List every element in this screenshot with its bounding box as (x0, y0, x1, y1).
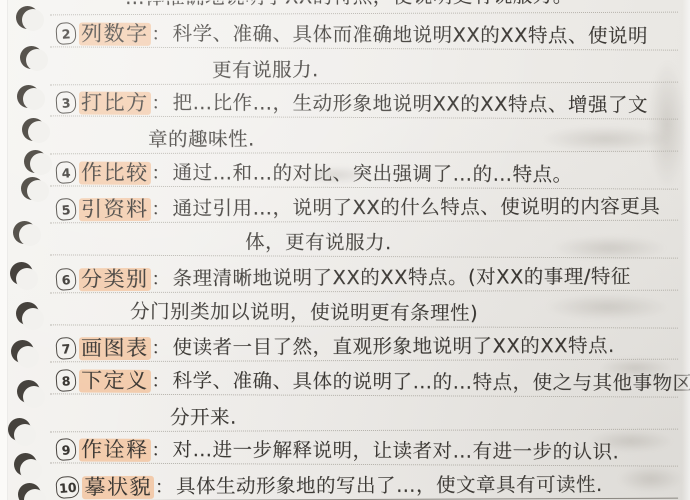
note-text: 体，更有说服力. (245, 232, 392, 255)
note-line-continuation: 分门别类加以说明，使说明更有条理性) (50, 290, 678, 328)
binder-hole (21, 177, 44, 200)
note-text: 具体生动形象地的写出了…，使文章具有可读性. (176, 474, 603, 498)
item-number-badge: 2 (55, 22, 76, 45)
binder-hole (22, 118, 45, 141)
note-text: 把…比作…，生动形象地说明XX的XX特点、增强了文 (172, 93, 648, 118)
page-right-edge (682, 0, 690, 500)
page-left-edge (0, 0, 8, 500)
note-text: 条理清晰地说明了XX的XX特点。(对XX的事理/特征 (172, 266, 630, 290)
binder-hole (13, 221, 36, 244)
colon-mark: ： (151, 89, 169, 115)
note-line: 6 分类别 ： 条理清晰地说明了XX的XX特点。(对XX的事理/特征 (50, 255, 678, 292)
method-term-highlighted: 引资料 (79, 198, 151, 221)
notebook-page-photo: …体准确地说明了XX的特点，使说明更有说服力。 2 列数字 ： 科学、准确、具体… (0, 0, 690, 500)
colon-mark: ： (155, 472, 173, 498)
binder-hole (11, 340, 34, 363)
note-line: 4 作比较 ： 通过…和…的对比、突出强调了…的…特点。 (50, 151, 678, 189)
method-term-highlighted: 列数字 (79, 22, 151, 45)
method-term-highlighted: 下定义 (79, 369, 151, 392)
method-term-highlighted: 作比较 (79, 161, 151, 184)
item-number-badge: 4 (55, 160, 76, 183)
item-number-badge: 10 (55, 475, 80, 499)
note-text: 使读者一目了然，直观形象地说明了XX的XX特点. (172, 335, 614, 359)
note-line: 2 列数字 ： 科学、准确、具体而准确地说明XX的XX特点、使说明 (50, 12, 678, 50)
binder-hole (16, 6, 39, 29)
binder-hole (18, 483, 41, 500)
binder-hole (16, 302, 39, 325)
binder-hole (10, 262, 33, 285)
colon-mark: ： (151, 158, 169, 184)
item-number-badge: 9 (55, 438, 76, 461)
method-term-highlighted: 摹状貌 (82, 475, 154, 498)
item-number-badge: 5 (55, 198, 77, 221)
note-line: 3 打比方 ： 把…比作…，生动形象地说明XX的XX特点、增强了文 (50, 82, 678, 120)
binder-hole (17, 380, 40, 403)
note-text: 对…进一步解释说明，让读者对…有进一步的认识. (172, 440, 619, 465)
note-line: 8 下定义 ： 科学、准确、具体的说明了…的…特点，使之与其他事物区 (50, 359, 678, 397)
colon-mark: ： (151, 436, 169, 462)
note-line: 9 作诠释 ： 对…进一步解释说明，让读者对…有进一步的认识. (50, 429, 678, 467)
note-line: 7 画图表 ： 使读者一目了然，直观形象地说明了XX的XX特点. (50, 325, 678, 362)
item-number-badge: 7 (55, 336, 77, 359)
method-term-highlighted: 分类别 (79, 267, 151, 290)
binder-hole (17, 85, 40, 108)
binder-hole (24, 150, 47, 173)
colon-mark: ： (151, 366, 169, 392)
note-text: 科学、准确、具体而准确地说明XX的XX特点、使说明 (172, 23, 648, 48)
colon-mark: ： (151, 195, 169, 221)
note-text: 通过…和…的对比、突出强调了…的…特点。 (172, 162, 572, 187)
colon-mark: ： (151, 334, 169, 360)
note-line: 5 引资料 ： 通过引用…，说明了XX的什么特点、使说明的内容更具 (50, 186, 678, 223)
note-line: 10 摹状貌 ： 具体生动形象地的写出了…，使文章具有可读性. (50, 464, 678, 500)
note-line-continuation: 更有说服力. (50, 47, 678, 84)
note-text: 分门别类加以说明，使说明更有条理性) (130, 301, 478, 325)
item-number-badge: 8 (55, 368, 76, 391)
note-text: 科学、准确、具体的说明了…的…特点，使之与其他事物区 (172, 370, 690, 395)
item-number-badge: 3 (55, 91, 76, 114)
note-line-continuation: 体，更有说服力. (50, 220, 678, 258)
note-line-continuation: 章的趣味性. (50, 117, 678, 154)
note-text: 通过引用…，说明了XX的什么特点、使说明的内容更具 (172, 196, 660, 221)
binder-hole (8, 418, 31, 441)
item-number-badge: 6 (55, 267, 77, 290)
colon-mark: ： (151, 20, 169, 46)
note-text: 章的趣味性. (148, 129, 255, 152)
note-text: 分开来. (170, 406, 237, 429)
ruled-notes-area: …体准确地说明了XX的特点，使说明更有说服力。 2 列数字 ： 科学、准确、具体… (50, 0, 678, 500)
note-text-partial: …体准确地说明了XX的特点，使说明更有说服力。 (125, 0, 573, 9)
method-term-highlighted: 画图表 (79, 337, 151, 360)
colon-mark: ： (151, 264, 169, 290)
method-term-highlighted: 作诠释 (79, 438, 151, 461)
method-term-highlighted: 打比方 (79, 91, 151, 114)
note-line-continuation: 分开来. (50, 394, 678, 431)
note-text: 更有说服力. (212, 59, 319, 82)
binder-hole (20, 46, 43, 69)
binder-hole (14, 453, 37, 476)
